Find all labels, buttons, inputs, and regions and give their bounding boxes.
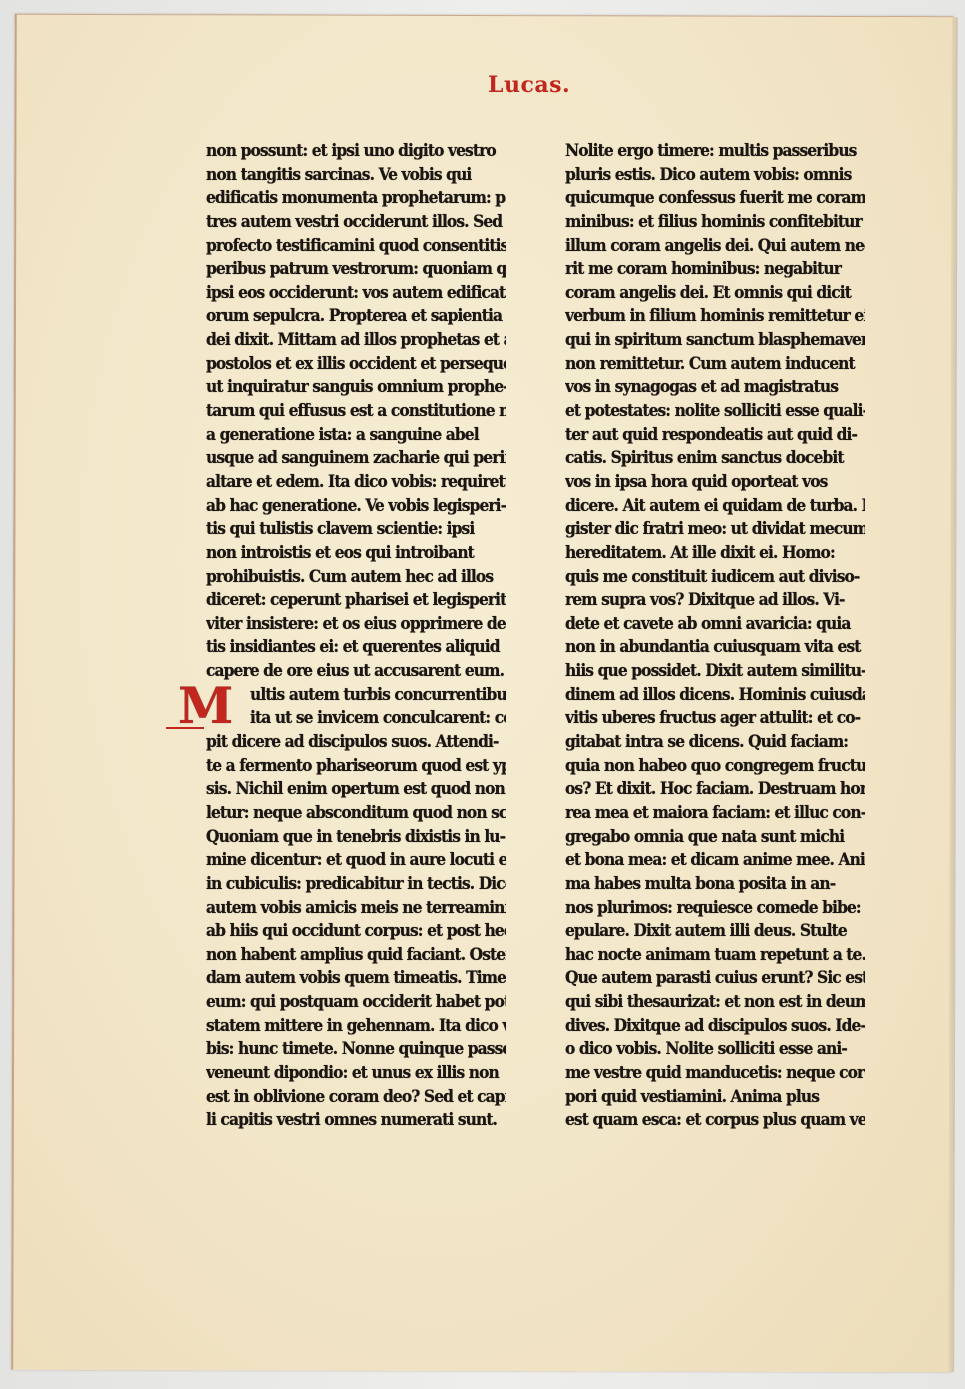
text-line: non in abundantia cuiusquam vita est ex xyxy=(565,636,865,660)
text-line: tis qui tulistis clavem scientie: ipsi xyxy=(206,518,506,542)
text-line: ab hiis qui occidunt corpus: et post hec xyxy=(206,920,506,944)
text-line: vos in synagogas et ad magistratus xyxy=(565,376,865,400)
chapter-line-text: capere de ore eius ut accusarent eum. xyxy=(206,661,504,681)
text-line: non habent amplius quid faciant. Osten- xyxy=(206,944,506,968)
text-line: autem vobis amicis meis ne terreamini xyxy=(206,897,506,921)
text-line: gister dic fratri meo: ut dividat mecum xyxy=(565,518,865,542)
text-line: catis. Spiritus enim sanctus docebit xyxy=(565,447,865,471)
text-line: os? Et dixit. Hoc faciam. Destruam hor- xyxy=(565,778,865,802)
text-line: te a fermento phariseorum quod est ypocr… xyxy=(206,755,506,779)
text-line: peribus patrum vestrorum: quoniam quidem xyxy=(206,258,506,282)
text-line: qui sibi thesaurizat: et non est in deum xyxy=(565,991,865,1015)
text-line: pluris estis. Dico autem vobis: omnis xyxy=(565,164,865,188)
text-line: verbum in filium hominis remittetur ei: … xyxy=(565,305,865,329)
text-line: ter aut quid respondeatis aut quid di- xyxy=(565,424,865,448)
text-line: dicere. Ait autem ei quidam de turba. Ma… xyxy=(565,495,865,519)
text-line: ma habes multa bona posita in an- xyxy=(565,873,865,897)
text-line: est quam esca: et corpus plus quam vesti… xyxy=(565,1109,865,1133)
text-line: non remittetur. Cum autem inducent xyxy=(565,353,865,377)
right-column: Nolite ergo timere: multis passeribusplu… xyxy=(565,140,865,1133)
text-line: tis insidiantes ei: et querentes aliquid xyxy=(206,636,506,660)
text-line: Que autem parasti cuius erunt? Sic est xyxy=(565,967,865,991)
text-line: non tangitis sarcinas. Ve vobis qui xyxy=(206,164,506,188)
text-line: et potestates: nolite solliciti esse qua… xyxy=(565,400,865,424)
text-line: sis. Nichil enim opertum est quod non re… xyxy=(206,778,506,802)
text-line: hiis que possidet. Dixit autem similitu- xyxy=(565,660,865,684)
text-line: qui in spiritum sanctum blasphemaverit xyxy=(565,329,865,353)
text-line: dete et cavete ab omni avaricia: quia xyxy=(565,613,865,637)
chapter-break-line: capere de ore eius ut accusarent eum. c.… xyxy=(206,660,506,684)
text-line: dei dixit. Mittam ad illos prophetas et … xyxy=(206,329,506,353)
text-line: quicumque confessus fuerit me coram ho- xyxy=(565,187,865,211)
text-line: quia non habeo quo congregem fructus me- xyxy=(565,755,865,779)
text-line: Nolite ergo timere: multis passeribus xyxy=(565,140,865,164)
text-line: ipsi eos occiderunt: vos autem edificati… xyxy=(206,282,506,306)
text-line: edificatis monumenta prophetarum: pa- xyxy=(206,187,506,211)
text-line: ab hac generatione. Ve vobis legisperi- xyxy=(206,495,506,519)
text-line: minibus: et filius hominis confitebitur xyxy=(565,211,865,235)
text-line: in cubiculis: predicabitur in tectis. Di… xyxy=(206,873,506,897)
text-line: diceret: ceperunt pharisei et legisperit… xyxy=(206,589,506,613)
text-line: vitis uberes fructus ager attulit: et co… xyxy=(565,707,865,731)
text-line: coram angelis dei. Et omnis qui dicit xyxy=(565,282,865,306)
text-line: quis me constituit iudicem aut diviso- xyxy=(565,566,865,590)
text-line: ita ut se invicem conculcarent: ce- xyxy=(206,707,506,731)
text-line: o dico vobis. Nolite solliciti esse ani- xyxy=(565,1038,865,1062)
decorated-initial-block: M ultis autem turbis concurrentibus ita … xyxy=(206,684,506,731)
text-line: profecto testificamini quod consentitis … xyxy=(206,235,506,259)
text-line: statem mittere in gehennam. Ita dico vo- xyxy=(206,1015,506,1039)
text-line: hac nocte animam tuam repetunt a te. xyxy=(565,944,865,968)
decorated-initial-m: M xyxy=(178,684,218,728)
text-line: eum: qui postquam occiderit habet pote- xyxy=(206,991,506,1015)
text-line: non introistis et eos qui introibant xyxy=(206,542,506,566)
text-line: orum sepulcra. Propterea et sapientia xyxy=(206,305,506,329)
text-line: non possunt: et ipsi uno digito vestro xyxy=(206,140,506,164)
right-column-text: Nolite ergo timere: multis passeribusplu… xyxy=(565,140,865,1133)
text-line: hereditatem. At ille dixit ei. Homo: xyxy=(565,542,865,566)
text-line: pit dicere ad discipulos suos. Attendi- xyxy=(206,731,506,755)
text-line: pori quid vestiamini. Anima plus xyxy=(565,1086,865,1110)
text-line: a generatione ista: a sanguine abel xyxy=(206,424,506,448)
text-line: est in oblivione coram deo? Sed et capil… xyxy=(206,1086,506,1110)
left-column-text-before-chapter: non possunt: et ipsi uno digito vestrono… xyxy=(206,140,506,660)
text-line: ultis autem turbis concurrentibus xyxy=(206,684,506,708)
text-line: gitabat intra se dicens. Quid faciam: xyxy=(565,731,865,755)
text-line: vos in ipsa hora quid oporteat vos xyxy=(565,471,865,495)
text-line: usque ad sanguinem zacharie qui periit i… xyxy=(206,447,506,471)
text-line: illum coram angelis dei. Qui autem negav… xyxy=(565,235,865,259)
running-head: Lucas. xyxy=(488,72,570,98)
left-column-text-after-initial: pit dicere ad discipulos suos. Attendi-t… xyxy=(206,731,506,1133)
text-line: altare et edem. Ita dico vobis: requiret… xyxy=(206,471,506,495)
text-line: epulare. Dixit autem illi deus. Stulte xyxy=(565,920,865,944)
running-head-text: Lucas. xyxy=(488,72,570,98)
text-line: bis: hunc timete. Nonne quinque passeres xyxy=(206,1038,506,1062)
text-line: li capitis vestri omnes numerati sunt. xyxy=(206,1109,506,1133)
text-line: prohibuistis. Cum autem hec ad illos xyxy=(206,566,506,590)
text-line: gregabo omnia que nata sunt michi xyxy=(565,826,865,850)
text-line: ut inquiratur sanguis omnium prophe- xyxy=(206,376,506,400)
text-line: tres autem vestri occiderunt illos. Sed xyxy=(206,211,506,235)
left-column: non possunt: et ipsi uno digito vestrono… xyxy=(206,140,506,1133)
text-line: rea mea et maiora faciam: et illuc con- xyxy=(565,802,865,826)
text-line: rem supra vos? Dixitque ad illos. Vi- xyxy=(565,589,865,613)
text-line: dam autem vobis quem timeatis. Timete xyxy=(206,967,506,991)
text-line: postolos et ex illis occident et persequ… xyxy=(206,353,506,377)
text-line: mine dicentur: et quod in aure locuti es… xyxy=(206,849,506,873)
text-line: Quoniam que in tenebris dixistis in lu- xyxy=(206,826,506,850)
text-line: dives. Dixitque ad discipulos suos. Ide- xyxy=(565,1015,865,1039)
text-line: me vestre quid manducetis: neque cor- xyxy=(565,1062,865,1086)
text-line: rit me coram hominibus: negabitur xyxy=(565,258,865,282)
text-line: et bona mea: et dicam anime mee. Ani- xyxy=(565,849,865,873)
text-line: tarum qui effusus est a constitutione mu… xyxy=(206,400,506,424)
text-line: nos plurimos: requiesce comede bibe: xyxy=(565,897,865,921)
text-line: letur: neque absconditum quod non sciatu… xyxy=(206,802,506,826)
text-line: viter insistere: et os eius opprimere de… xyxy=(206,613,506,637)
text-line: veneunt dipondio: et unus ex illis non xyxy=(206,1062,506,1086)
text-line: dinem ad illos dicens. Hominis cuiusdam … xyxy=(565,684,865,708)
